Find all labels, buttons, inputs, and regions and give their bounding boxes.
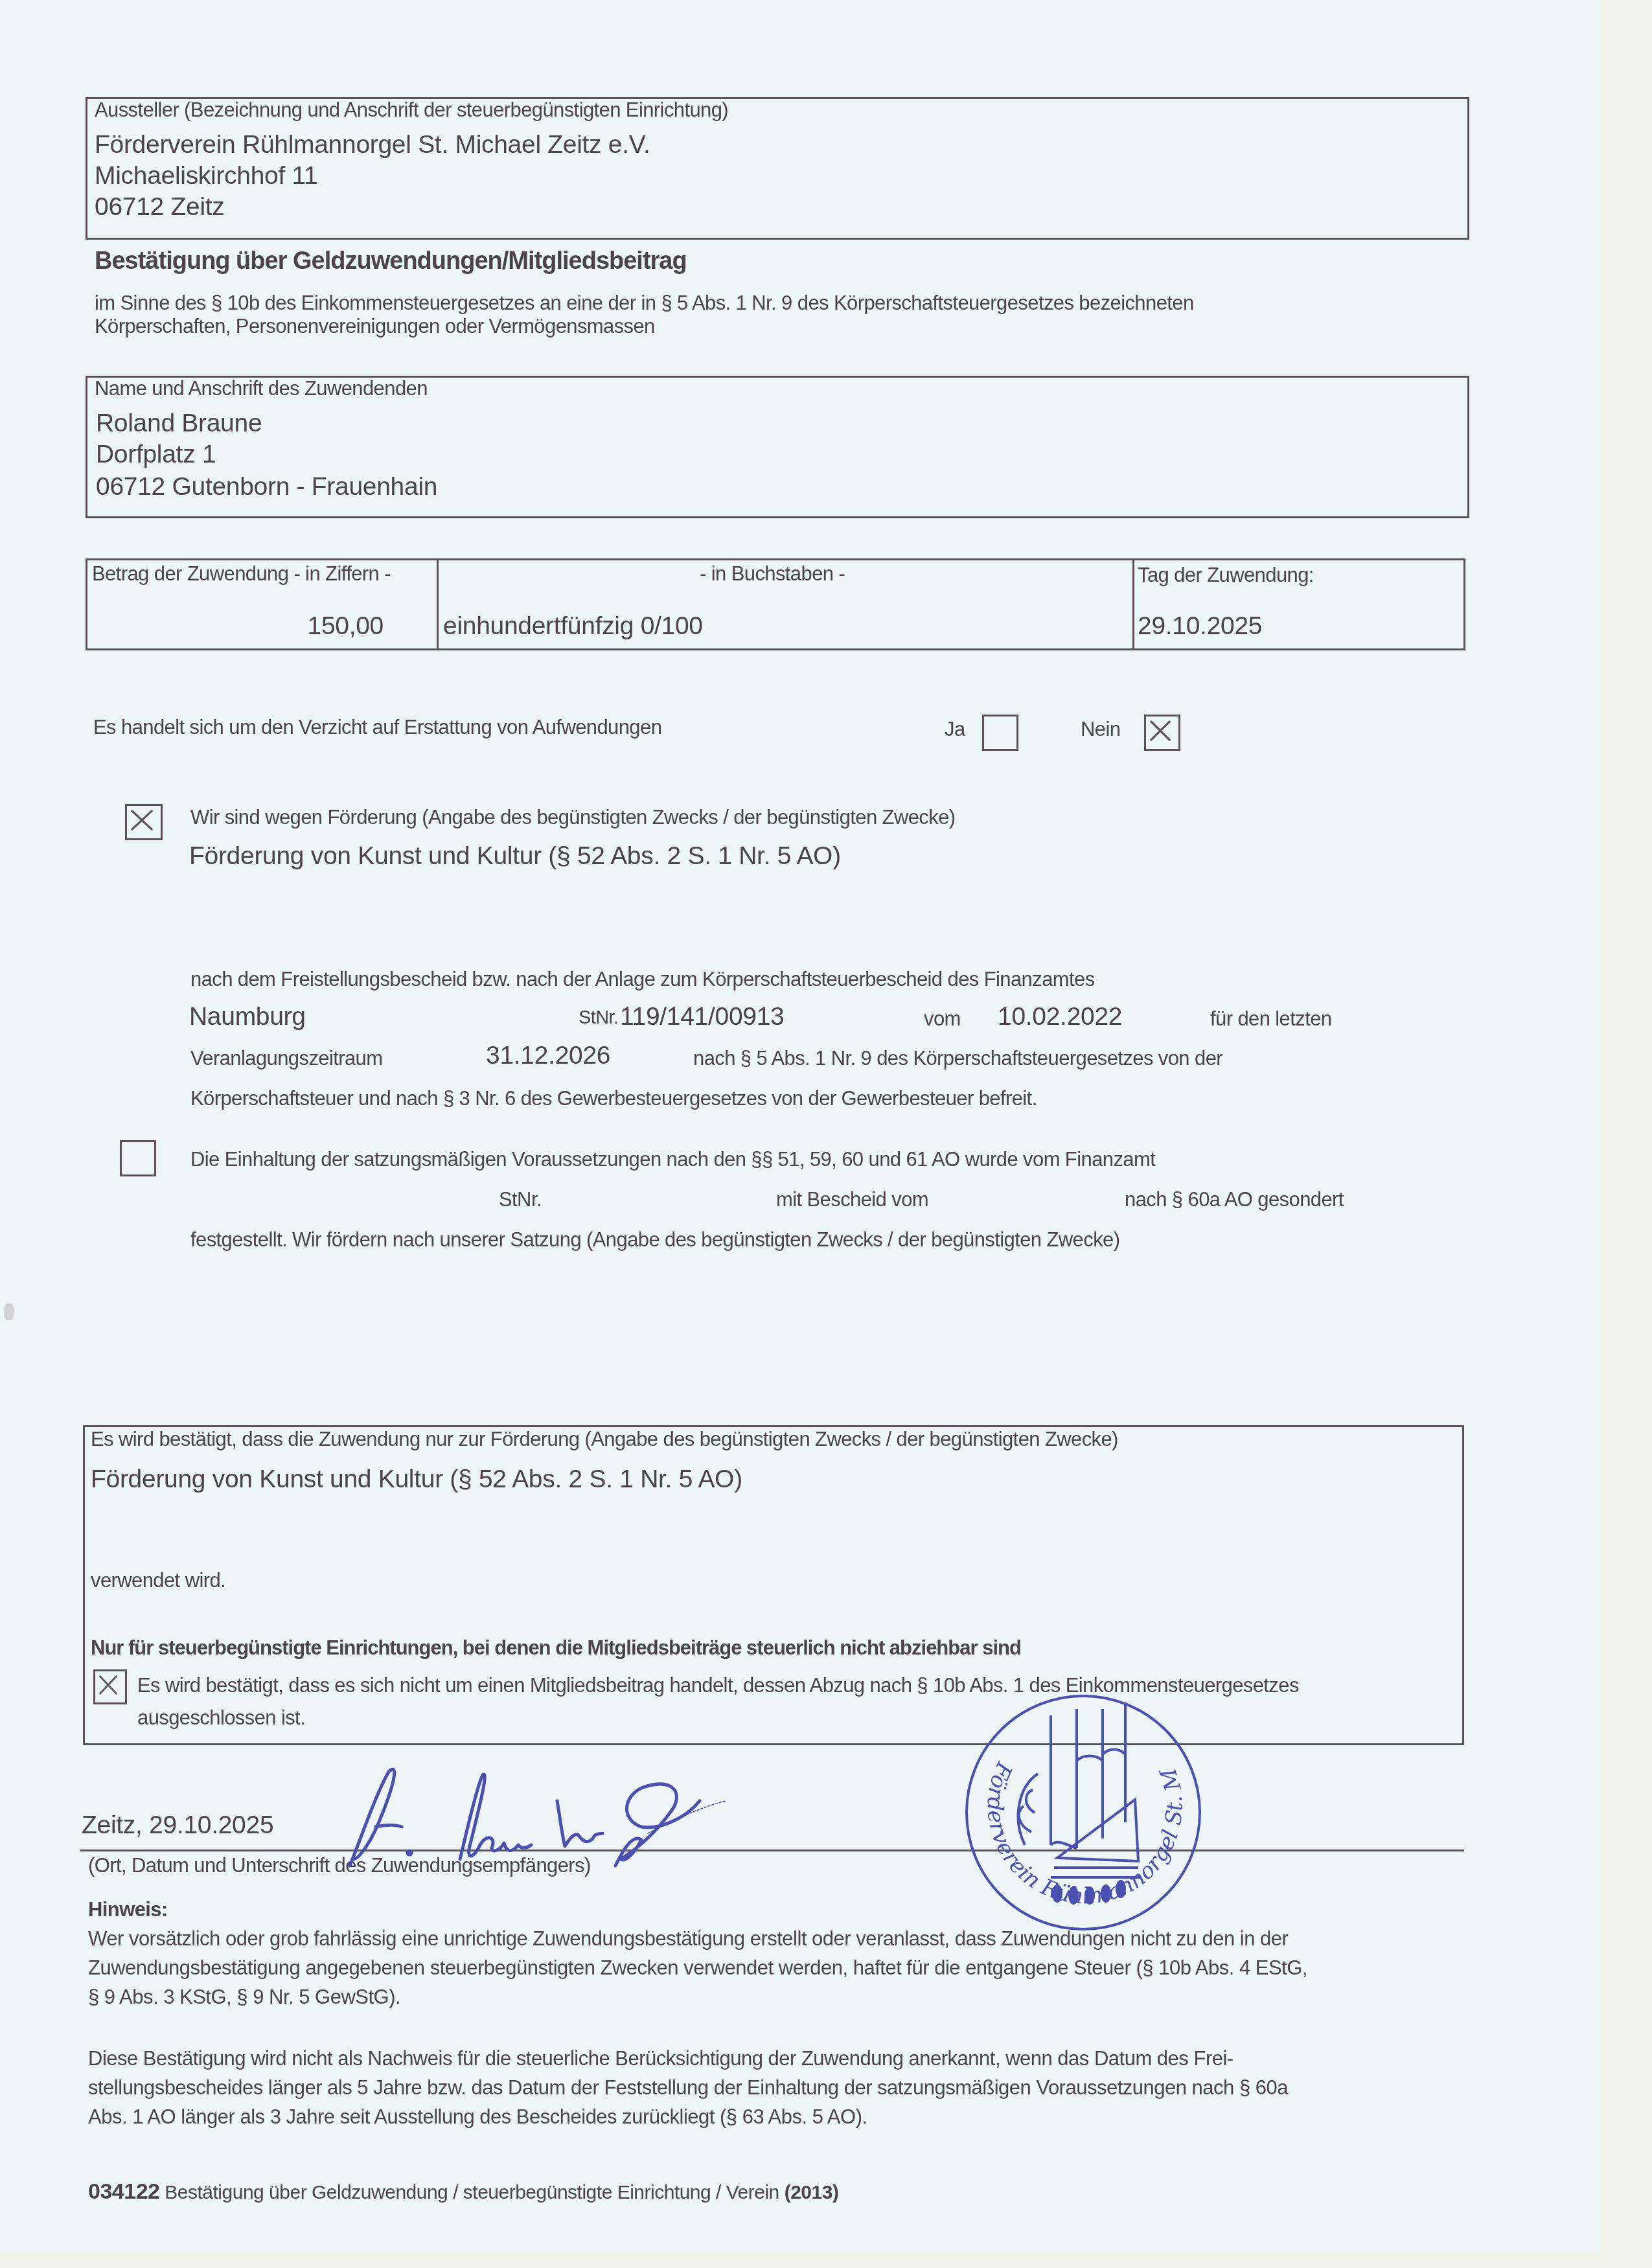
amount-digits-label: Betrag der Zuwendung - in Ziffern - xyxy=(92,562,391,586)
notice-heading: Hinweis: xyxy=(88,1898,168,1921)
notice-p1-line: § 9 Abs. 3 KStG, § 9 Nr. 5 GewStG). xyxy=(88,1982,1307,2011)
waiver-yes-checkbox[interactable] xyxy=(982,715,1018,751)
waiver-question: Es handelt sich um den Verzicht auf Erst… xyxy=(93,716,661,739)
waiver-no-label: Nein xyxy=(1081,718,1120,741)
usage-purpose[interactable]: Förderung von Kunst und Kultur (§ 52 Abs… xyxy=(91,1465,742,1494)
organization-stamp: Förderverein Rühlmannorgel St. Michael Z… xyxy=(954,1683,1213,1942)
exemption-line1: nach dem Freistellungsbescheid bzw. nach… xyxy=(190,968,1095,991)
form-number: 034122 xyxy=(88,2179,159,2204)
issuer-name[interactable]: Förderverein Rühlmannorgel St. Michael Z… xyxy=(95,131,650,159)
statutes-stnr-label: StNr. xyxy=(499,1188,542,1211)
cross-mark-icon xyxy=(131,810,153,830)
issuer-label: Aussteller (Bezeichnung und Anschrift de… xyxy=(95,98,728,122)
notice-p2-line: Abs. 1 AO länger als 3 Jahre seit Ausste… xyxy=(88,2102,1288,2131)
statutes-gesondert-label: nach § 60a AO gesondert xyxy=(1125,1188,1344,1211)
notice-paragraph-2: Diese Bestätigung wird nicht als Nachwei… xyxy=(88,2044,1288,2131)
scan-speck xyxy=(4,1303,14,1320)
notice-p1-line: Wer vorsätzlich oder grob fahrlässig ein… xyxy=(88,1924,1307,1953)
amount-words-value[interactable]: einhundertfünfzig 0/100 xyxy=(443,612,703,641)
amount-col-divider-2 xyxy=(1132,558,1134,650)
exemption-line4: Körperschaftsteuer und nach § 3 Nr. 6 de… xyxy=(190,1087,1037,1110)
cross-mark-icon xyxy=(1150,720,1171,741)
document-subtitle-line2: Körperschaften, Personenvereinigungen od… xyxy=(95,315,655,338)
handwritten-signature xyxy=(337,1762,739,1879)
vom-value[interactable]: 10.02.2022 xyxy=(998,1003,1122,1031)
form-footer: 034122 Bestätigung über Geldzuwendung / … xyxy=(88,2179,838,2205)
svg-text:Förderverein Rühlmannorgel St.: Förderverein Rühlmannorgel St. Michael Z… xyxy=(954,1683,1188,1910)
statutes-line1: Die Einhaltung der satzungsmäßigen Vorau… xyxy=(190,1148,1155,1171)
statutes-checkbox[interactable] xyxy=(120,1140,156,1176)
document-title: Bestätigung über Geldzuwendungen/Mitglie… xyxy=(95,247,687,275)
donation-date-value[interactable]: 29.10.2025 xyxy=(1138,612,1262,641)
notice-paragraph-1: Wer vorsätzlich oder grob fahrlässig ein… xyxy=(88,1924,1307,2011)
stnr-label: StNr. xyxy=(579,1007,618,1029)
period-label: Veranlagungszeitraum xyxy=(190,1047,382,1070)
usage-label: Es wird bestätigt, dass die Zuwendung nu… xyxy=(91,1428,1118,1451)
statutes-bescheid-label: mit Bescheid vom xyxy=(776,1188,928,1211)
donor-label: Name und Anschrift des Zuwendenden xyxy=(95,377,428,400)
exemption-purpose[interactable]: Förderung von Kunst und Kultur (§ 52 Abs… xyxy=(189,842,841,871)
form-year: (2013) xyxy=(785,2182,839,2203)
notice-p2-line: stellungsbescheides länger als 5 Jahre b… xyxy=(88,2073,1288,2102)
exemption-intro: Wir sind wegen Förderung (Angabe des beg… xyxy=(190,806,956,829)
notice-p1-line: Zuwendungsbestätigung angegebenen steuer… xyxy=(88,1953,1307,1982)
vom-label: vom xyxy=(924,1007,961,1031)
exemption-line3-rest: nach § 5 Abs. 1 Nr. 9 des Körperschaftst… xyxy=(693,1047,1222,1070)
document-page: Aussteller (Bezeichnung und Anschrift de… xyxy=(0,0,1601,2252)
waiver-yes-label: Ja xyxy=(945,718,965,741)
signature-line xyxy=(80,1850,1464,1851)
cross-mark-icon xyxy=(99,1675,117,1695)
membership-line2: ausgeschlossen ist. xyxy=(137,1706,305,1730)
issuer-street[interactable]: Michaeliskirchhof 11 xyxy=(95,162,317,190)
period-value[interactable]: 31.12.2026 xyxy=(486,1042,610,1070)
form-title: Bestätigung über Geldzuwendung / steuerb… xyxy=(165,2182,779,2203)
exemption-checkbox[interactable] xyxy=(125,804,163,840)
amount-col-divider-1 xyxy=(437,558,439,650)
usage-suffix: verwendet wird. xyxy=(91,1569,225,1592)
document-subtitle-line1: im Sinne des § 10b des Einkommensteuerge… xyxy=(95,292,1194,315)
signature-place-date[interactable]: Zeitz, 29.10.2025 xyxy=(82,1811,273,1840)
notice-p2-line: Diese Bestätigung wird nicht als Nachwei… xyxy=(88,2044,1288,2073)
issuer-city[interactable]: 06712 Zeitz xyxy=(95,193,225,222)
donor-city[interactable]: 06712 Gutenborn - Frauenhain xyxy=(96,473,437,501)
stnr-value[interactable]: 119/141/00913 xyxy=(620,1003,784,1031)
membership-checkbox[interactable] xyxy=(93,1669,127,1704)
amount-digits-value[interactable]: 150,00 xyxy=(308,612,384,641)
fuer-den-letzten-label: für den letzten xyxy=(1210,1007,1331,1031)
amount-words-label: - in Buchstaben - xyxy=(700,562,845,586)
donor-name[interactable]: Roland Braune xyxy=(96,409,262,438)
finanzamt-value[interactable]: Naumburg xyxy=(189,1003,306,1031)
donor-street[interactable]: Dorfplatz 1 xyxy=(96,441,216,469)
statutes-line3: festgestellt. Wir fördern nach unserer S… xyxy=(190,1228,1119,1252)
membership-heading: Nur für steuerbegünstigte Einrichtungen,… xyxy=(91,1636,1021,1660)
donation-date-label: Tag der Zuwendung: xyxy=(1138,564,1314,587)
waiver-no-checkbox[interactable] xyxy=(1144,715,1180,751)
